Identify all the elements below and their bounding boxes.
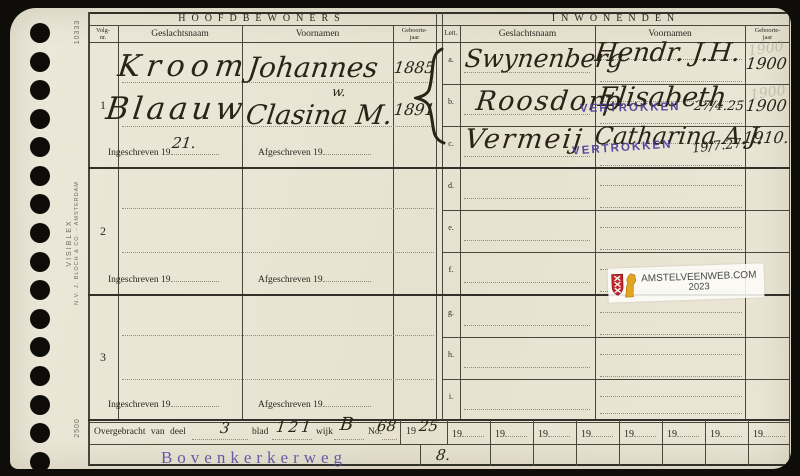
write-line: [600, 396, 742, 397]
handwritten-year: 25: [418, 419, 439, 434]
handwritten-deel: 3: [219, 421, 230, 436]
write-line: [464, 367, 590, 368]
printer-imprint: VISIBLEX N.V. J. BLOCH & CO. - AMSTERDAM: [65, 168, 81, 318]
year-cell-label: 19: [538, 429, 548, 440]
punch-hole: [30, 309, 50, 329]
afgeschreven-label: Afgeschreven 19: [258, 396, 371, 410]
write-line: [600, 249, 742, 250]
afgeschreven-label: Afgeschreven 19: [258, 271, 371, 285]
watermark: AMSTELVEENWEB.COM 2023: [607, 263, 764, 302]
column-header-volgnr-line1: Volg-: [96, 27, 110, 34]
punch-hole: [30, 280, 50, 300]
grid-line: [420, 444, 421, 466]
punch-hole: [30, 52, 50, 72]
ingeschreven-label: Ingeschreven 19: [108, 144, 219, 158]
write-line: [464, 409, 590, 410]
write-line: [122, 252, 434, 253]
handwritten-firstname: Johannes: [246, 54, 379, 82]
year-cell: 19: [452, 426, 484, 440]
section-title-inwonenden: INWONENDEN: [442, 12, 790, 25]
grid-line: [619, 420, 620, 466]
handwritten-firstname: Clasina M.: [244, 102, 394, 129]
grid-line: [576, 420, 577, 466]
handwritten-surname: Blaauw: [104, 94, 248, 125]
transfer-deel-label: Overgebracht van deel: [94, 427, 186, 437]
watermark-text: AMSTELVEENWEB.COM 2023: [637, 269, 762, 296]
grid-line: [490, 420, 491, 466]
punch-hole: [30, 452, 50, 469]
column-header-voornamen-left: Voornamen: [242, 29, 393, 39]
geboortejaar-line1: Geboorte-: [402, 27, 428, 34]
write-line: [323, 396, 371, 407]
grid-line: [789, 12, 790, 465]
vertrokken-stamp: VERTROKKEN: [572, 139, 673, 158]
amstelveen-coat-of-arms-icon: [611, 271, 638, 300]
write-line: [464, 198, 590, 199]
write-line: [600, 207, 742, 208]
grid-line: [88, 422, 790, 423]
write-line: [464, 282, 590, 283]
grid-line: [705, 420, 706, 466]
column-header-geboortejaar-left: Geboorte- jaar: [393, 27, 436, 41]
write-line: [600, 312, 742, 313]
year-cell-prefix: 19: [406, 426, 416, 437]
grid-line: [442, 252, 790, 253]
write-line: [382, 439, 397, 440]
write-line: [464, 240, 590, 241]
write-line: [122, 208, 434, 209]
handwritten-house-number: 8.: [435, 448, 451, 463]
transfer-blad-label: blad: [252, 427, 268, 437]
afgeschreven-text: Afgeschreven 19: [258, 275, 323, 285]
write-line: [122, 335, 434, 336]
year-cell-label: 19: [495, 429, 505, 440]
write-line: [763, 426, 785, 437]
grid-line: [442, 379, 790, 380]
row-letter: i.: [442, 392, 460, 401]
grid-line: [442, 337, 790, 338]
row-letter: f.: [442, 265, 460, 274]
ingeschreven-text: Ingeschreven 19: [108, 400, 171, 410]
year-cell: 19: [538, 426, 570, 440]
row-letter: a.: [442, 55, 460, 64]
grid-line: [533, 420, 534, 466]
grid-line: [88, 444, 790, 445]
year-cell-label: 19: [624, 429, 634, 440]
write-line: [462, 426, 484, 437]
write-line: [600, 413, 742, 414]
year-cell: 19: [581, 426, 613, 440]
grid-line: [88, 25, 790, 26]
grid-line: [400, 420, 401, 444]
punch-hole: [30, 109, 50, 129]
punch-hole: [30, 395, 50, 415]
write-line: [600, 334, 742, 335]
handwritten-firstname: Hendr. J.H.: [593, 40, 741, 66]
transfer-wijk-label: wijk: [316, 427, 333, 437]
ingeschreven-text: Ingeschreven 19: [108, 148, 171, 158]
grid-line: [393, 25, 394, 420]
write-line: [600, 227, 742, 228]
handwritten-surname: Vermeij: [463, 126, 585, 153]
afgeschreven-label: Afgeschreven 19: [258, 144, 371, 158]
write-line: [548, 426, 570, 437]
row-letter: b.: [442, 97, 460, 106]
write-line: [464, 156, 590, 157]
year-cell-label: 19: [667, 429, 677, 440]
write-line: [634, 426, 656, 437]
column-header-geboortejaar-right: Geboorte- jaar: [745, 27, 790, 41]
handwritten-blad: 121: [275, 420, 314, 435]
row-letter: c.: [442, 139, 460, 148]
write-line: [334, 439, 364, 440]
punch-hole: [30, 252, 50, 272]
vertrokken-stamp: VERTROKKEN: [580, 101, 681, 115]
year-cell: 19: [667, 426, 699, 440]
year-cell: 19: [710, 426, 742, 440]
write-line: [600, 376, 742, 377]
year-cell-label: 19: [452, 429, 462, 440]
handwritten-surname: Kroom: [116, 52, 251, 82]
handwritten-huisnummer: 68: [376, 419, 397, 434]
ingeschreven-label: Ingeschreven 19: [108, 396, 219, 410]
write-line: [192, 439, 248, 440]
write-line: [171, 396, 219, 407]
punch-hole: [30, 137, 50, 157]
row-letter: e.: [442, 223, 460, 232]
grid-line: [118, 25, 119, 420]
handwritten-birthyear: 1900: [745, 56, 788, 72]
grid-line: [442, 210, 790, 211]
printer-brand: VISIBLEX: [66, 219, 74, 266]
grid-line: [88, 419, 790, 421]
year-cell: 19: [753, 426, 785, 440]
punch-hole: [30, 166, 50, 186]
population-register-card: 10333 VISIBLEX N.V. J. BLOCH & CO. - AMS…: [10, 8, 791, 469]
handwritten-departure-date: 19/7.27: [691, 137, 742, 155]
year-cell-label: 19: [581, 429, 591, 440]
afgeschreven-text: Afgeschreven 19: [258, 148, 323, 158]
lion-icon: [625, 274, 637, 297]
ingeschreven-text: Ingeschreven 19: [108, 275, 171, 285]
write-line: [323, 144, 371, 155]
year-cell-label: 19: [710, 429, 720, 440]
handwritten-superscript: w.: [331, 86, 346, 99]
write-line: [720, 426, 742, 437]
geboortejaar-line1: Geboorte-: [755, 27, 781, 34]
column-header-geslachtsnaam-right: Geslachtsnaam: [460, 29, 595, 39]
row-letter: g.: [442, 308, 460, 317]
grid-line: [748, 420, 749, 466]
year-cell-label: 19: [753, 429, 763, 440]
write-line: [505, 426, 527, 437]
afgeschreven-text: Afgeschreven 19: [258, 400, 323, 410]
write-line: [171, 271, 219, 282]
write-line: [600, 165, 742, 166]
scan-background: 10333 VISIBLEX N.V. J. BLOCH & CO. - AMS…: [0, 0, 800, 476]
grid-line: [447, 420, 448, 444]
punch-hole: [30, 337, 50, 357]
column-header-lett: Lett.: [442, 29, 460, 37]
punch-hole: [30, 223, 50, 243]
year-cell: 19: [495, 426, 527, 440]
handwritten-wijk: B: [339, 416, 354, 434]
row-letter: d.: [442, 181, 460, 190]
punch-hole: [30, 423, 50, 443]
punch-hole: [30, 366, 50, 386]
write-line: [600, 185, 742, 186]
column-header-volgnr-line2: nr.: [100, 34, 106, 41]
write-line: [591, 426, 613, 437]
write-line: [272, 439, 312, 440]
handwritten-birthyear: 1910.: [742, 130, 790, 146]
row-letter: h.: [442, 350, 460, 359]
write-line: [677, 426, 699, 437]
write-line: [122, 379, 434, 380]
street-name-stamp: Bovenkerkerweg: [88, 448, 420, 468]
punch-hole: [30, 194, 50, 214]
geboortejaar-line2: jaar: [410, 34, 419, 41]
handwritten-departure-date: 27/4.25: [693, 100, 744, 113]
section-title-hoofdbewoners: HOOFDBEWONERS: [88, 12, 436, 25]
write-line: [323, 271, 371, 282]
year-cell: 19: [624, 426, 656, 440]
column-header-geslachtsnaam-left: Geslachtsnaam: [118, 29, 242, 39]
handwritten-ingeschreven-year: 21.: [171, 136, 197, 151]
write-line: [600, 354, 742, 355]
printer-address: N.V. J. BLOCH & CO. - AMSTERDAM: [74, 181, 81, 305]
punch-hole: [30, 23, 50, 43]
grid-line: [662, 420, 663, 466]
punch-hole: [30, 80, 50, 100]
ingeschreven-label: Ingeschreven 19: [108, 271, 219, 285]
grid-line: [88, 167, 790, 169]
handwritten-birthyear: 1900: [745, 98, 788, 114]
write-line: [464, 325, 590, 326]
grid-line: [242, 25, 243, 420]
column-header-volgnr: Volg- nr.: [88, 27, 118, 41]
